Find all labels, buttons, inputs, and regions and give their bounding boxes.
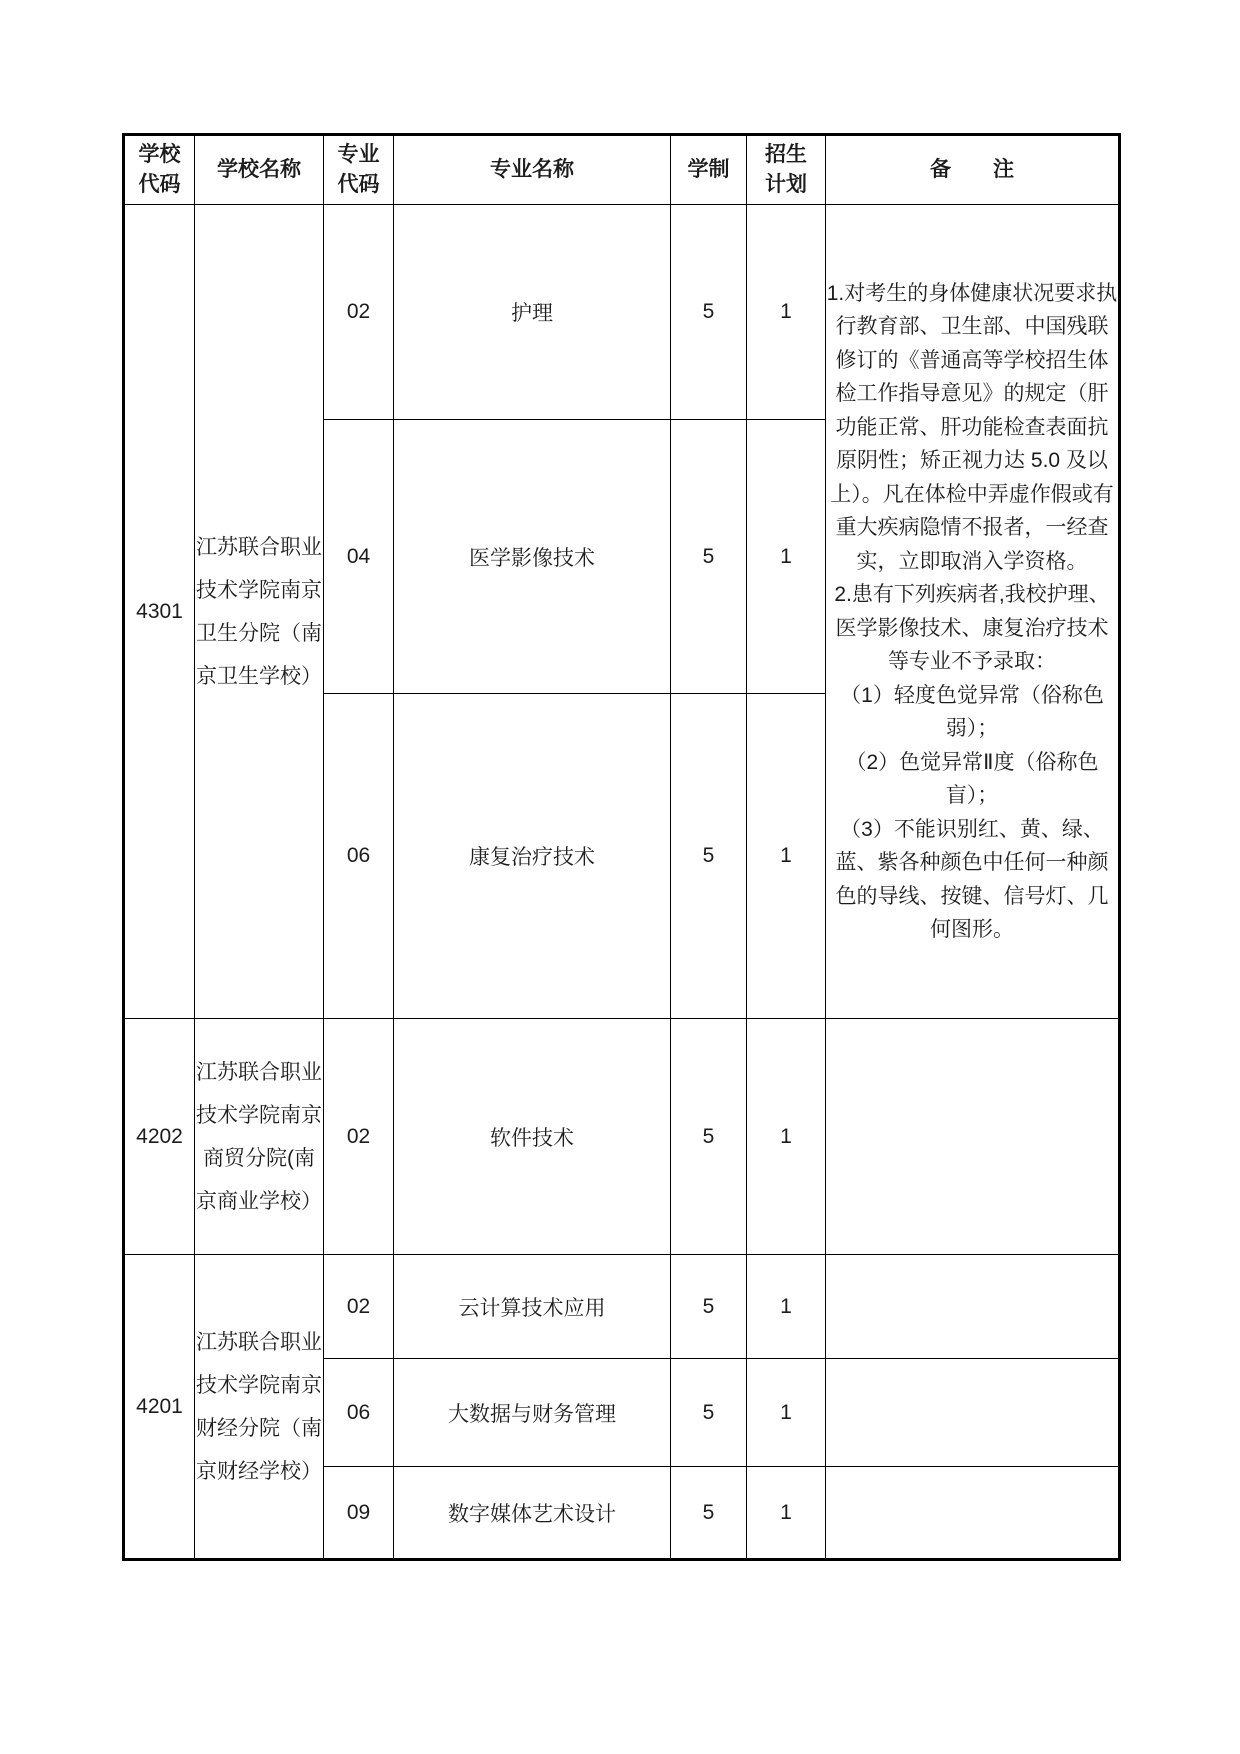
plan-cell: 1 — [747, 1467, 826, 1560]
table-row: 4201 江苏联合职业技术学院南京财经分院（南京财经学校） 02 云计算技术应用… — [124, 1255, 1120, 1359]
duration-cell: 5 — [671, 694, 747, 1019]
major-name-cell: 医学影像技术 — [394, 420, 671, 694]
major-code-cell: 06 — [324, 1359, 394, 1467]
school-code-cell: 4202 — [124, 1019, 195, 1255]
major-name-cell: 护理 — [394, 205, 671, 420]
major-code-cell: 04 — [324, 420, 394, 694]
duration-cell: 5 — [671, 1255, 747, 1359]
school-name-cell: 江苏联合职业技术学院南京卫生分院（南京卫生学校） — [195, 205, 324, 1019]
remarks-cell — [826, 1255, 1120, 1359]
header-major-code: 专业 代码 — [324, 135, 394, 205]
header-major-name: 专业名称 — [394, 135, 671, 205]
admission-plan-table: 学校 代码 学校名称 专业 代码 专业名称 学制 招生 计划 备 注 4301 … — [122, 133, 1121, 1561]
remarks-cell — [826, 1467, 1120, 1560]
remarks-cell: 1.对考生的身体健康状况要求执行教育部、卫生部、中国残联修订的《普通高等学校招生… — [826, 205, 1120, 1019]
table-row: 4301 江苏联合职业技术学院南京卫生分院（南京卫生学校） 02 护理 5 1 … — [124, 205, 1120, 420]
major-code-cell: 02 — [324, 1019, 394, 1255]
duration-cell: 5 — [671, 420, 747, 694]
school-name-cell: 江苏联合职业技术学院南京商贸分院(南京商业学校） — [195, 1019, 324, 1255]
duration-cell: 5 — [671, 1019, 747, 1255]
header-enrollment-plan: 招生 计划 — [747, 135, 826, 205]
header-remarks: 备 注 — [826, 135, 1120, 205]
header-school-code: 学校 代码 — [124, 135, 195, 205]
duration-cell: 5 — [671, 205, 747, 420]
duration-cell: 5 — [671, 1467, 747, 1560]
major-code-cell: 02 — [324, 205, 394, 420]
table-row: 4202 江苏联合职业技术学院南京商贸分院(南京商业学校） 02 软件技术 5 … — [124, 1019, 1120, 1255]
school-name-cell: 江苏联合职业技术学院南京财经分院（南京财经学校） — [195, 1255, 324, 1560]
school-code-cell: 4301 — [124, 205, 195, 1019]
plan-cell: 1 — [747, 694, 826, 1019]
duration-cell: 5 — [671, 1359, 747, 1467]
major-name-cell: 数字媒体艺术设计 — [394, 1467, 671, 1560]
plan-cell: 1 — [747, 420, 826, 694]
plan-cell: 1 — [747, 1255, 826, 1359]
major-name-cell: 大数据与财务管理 — [394, 1359, 671, 1467]
remarks-cell — [826, 1019, 1120, 1255]
major-name-cell: 云计算技术应用 — [394, 1255, 671, 1359]
header-row: 学校 代码 学校名称 专业 代码 专业名称 学制 招生 计划 备 注 — [124, 135, 1120, 205]
major-name-cell: 软件技术 — [394, 1019, 671, 1255]
plan-cell: 1 — [747, 1359, 826, 1467]
remarks-cell — [826, 1359, 1120, 1467]
header-duration: 学制 — [671, 135, 747, 205]
plan-cell: 1 — [747, 205, 826, 420]
school-code-cell: 4201 — [124, 1255, 195, 1560]
major-code-cell: 02 — [324, 1255, 394, 1359]
major-code-cell: 09 — [324, 1467, 394, 1560]
major-code-cell: 06 — [324, 694, 394, 1019]
header-school-name: 学校名称 — [195, 135, 324, 205]
document-page: 学校 代码 学校名称 专业 代码 专业名称 学制 招生 计划 备 注 4301 … — [0, 0, 1240, 1754]
major-name-cell: 康复治疗技术 — [394, 694, 671, 1019]
plan-cell: 1 — [747, 1019, 826, 1255]
